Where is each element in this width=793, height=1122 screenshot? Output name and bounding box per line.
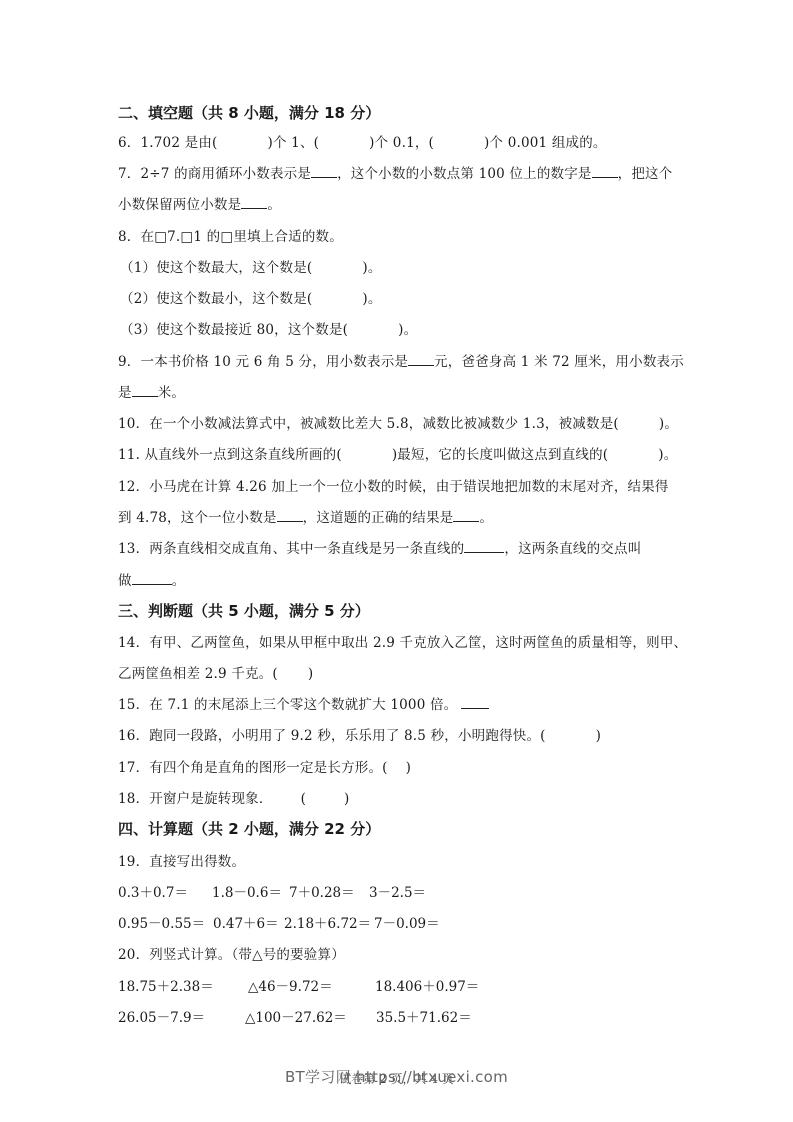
q8-p2-text: （2）使这个数最小，这个数是( [120,291,312,307]
q9-text-a: 9．一本书价格 10 元 6 角 5 分，用小数表示是 [118,354,408,370]
q8-p3-text: （3）使这个数最接近 80，这个数是( [120,322,348,338]
q19-expr: 1.8－0.6＝ [212,884,282,902]
q12-text-c: ，这道题的正确的结果是 [303,510,454,526]
q10-text-a: 10．在一个小数减法算式中，被减数比差大 5.8，减数比被减数少 1.3，被减数… [118,416,619,432]
section-heading-fill-blank: 二、填空题（共 8 小题，满分 18 分） [118,103,380,123]
q20-expr: 26.05－7.9＝ [118,1009,205,1027]
q7-text-d: 小数保留两位小数是 [118,197,241,213]
q19-expr: 7－0.09＝ [374,915,440,933]
q6-text-c: )个 0.1，( [369,135,434,151]
q8-p3-end: )。 [398,322,417,338]
q15-text: 15．在 7.1 的末尾添上三个零这个数就扩大 1000 倍。 [118,697,457,713]
question-19: 19．直接写出得数。 [118,853,245,871]
q13-text-c: 做 [118,573,132,589]
q16-text-b: ) [596,728,601,744]
watermark: BT学习网 https://btxuexi.com [0,1066,793,1087]
question-20: 20．列竖式计算。（带△号的要验算） [118,946,345,964]
q19-expr: 0.47＋6＝ [213,915,279,933]
answer-blank[interactable] [464,540,504,553]
question-14: 14．有甲、乙两筐鱼，如果从甲框中取出 2.9 千克放入乙筐，这时两筐鱼的质量相… [118,634,687,652]
answer-blank[interactable] [241,196,267,209]
q11-text-a: 11. 从直线外一点到这条直线所画的( [118,447,342,463]
question-7-cont: 小数保留两位小数是。 [118,196,281,214]
answer-blank[interactable] [453,509,479,522]
q18-text-b: ( [301,791,306,807]
q7-text-e: 。 [267,197,281,213]
q9-text-c: 是 [118,385,132,401]
q20-row-2: 26.05－7.9＝ △100－27.62＝ 35.5＋71.62＝ [118,1009,718,1027]
q6-text-d: )个 0.001 组成的。 [484,135,607,151]
q20-expr: 35.5＋71.62＝ [376,1009,472,1027]
q13-text-a: 13．两条直线相交成直角、其中一条直线是另一条直线的 [118,541,464,557]
q14-text-b: 乙两筐鱼相差 2.9 千克。( [118,666,278,682]
answer-blank[interactable] [132,384,158,397]
q9-text-b: 元，爸爸身高 1 米 72 厘米，用小数表示 [434,354,684,370]
question-8-part-3: （3）使这个数最接近 80，这个数是()。 [120,321,417,339]
question-12-cont: 到 4.78，这个一位小数是，这道题的正确的结果是。 [118,509,493,527]
answer-blank[interactable] [461,696,489,709]
question-11: 11. 从直线外一点到这条直线所画的()最短，它的长度叫做这点到直线的()。 [118,446,677,464]
question-9-cont: 是米。 [118,384,185,402]
q6-text-a: 6．1.702 是由( [118,135,218,151]
question-10: 10．在一个小数减法算式中，被减数比差大 5.8，减数比被减数少 1.3，被减数… [118,415,678,433]
answer-blank[interactable] [132,572,172,585]
q18-text-c: ) [344,791,349,807]
q13-text-b: ，这两条直线的交点叫 [504,541,641,557]
q7-text-b: ，这个小数的小数点第 100 位上的数字是 [337,166,592,182]
question-16: 16．跑同一段路，小明用了 9.2 秒，乐乐用了 8.5 秒，小明跑得快。() [118,727,601,745]
q14-text-c: ) [308,666,313,682]
question-8: 8．在□7.□1 的□里填上合适的数。 [118,228,343,246]
q8-p1-end: )。 [362,260,381,276]
question-12: 12．小马虎在计算 4.26 加上一个一位小数的时候，由于错误地把加数的末尾对齐… [118,478,669,496]
q19-expr: 0.3＋0.7＝ [118,884,188,902]
q17-text-a: 17．有四个角是直角的图形一定是长方形。( [118,760,388,776]
q9-text-d: 米。 [158,385,185,401]
q7-text-c: ，把这个 [618,166,673,182]
q10-text-b: )。 [659,416,678,432]
q20-expr: △100－27.62＝ [245,1009,347,1027]
q17-text-b: ) [406,760,411,776]
q20-expr: 18.75＋2.38＝ [118,978,214,996]
question-8-part-1: （1）使这个数最大，这个数是()。 [120,259,382,277]
question-17: 17．有四个角是直角的图形一定是长方形。() [118,759,411,777]
q20-expr: 18.406＋0.97＝ [375,978,479,996]
q13-text-d: 。 [172,573,186,589]
q19-row-2: 0.95－0.55＝ 0.47＋6＝ 2.18＋6.72＝ 7－0.09＝ [118,915,718,933]
q11-text-c: )。 [658,447,677,463]
question-15: 15．在 7.1 的末尾添上三个零这个数就扩大 1000 倍。 [118,696,489,714]
question-9: 9．一本书价格 10 元 6 角 5 分，用小数表示是元，爸爸身高 1 米 72… [118,353,684,371]
exam-page: 二、填空题（共 8 小题，满分 18 分） 6．1.702 是由()个 1、()… [0,0,793,1122]
q7-text-a: 7．2÷7 的商用循环小数表示是 [118,166,311,182]
question-6: 6．1.702 是由()个 1、()个 0.1，()个 0.001 组成的。 [118,134,607,152]
answer-blank[interactable] [592,165,618,178]
q19-expr: 2.18＋6.72＝ [284,915,371,933]
section-heading-judge: 三、判断题（共 5 小题，满分 5 分） [118,601,370,621]
q8-p2-end: )。 [362,291,381,307]
answer-blank[interactable] [311,165,337,178]
q6-text-b: )个 1、( [268,135,320,151]
q12-text-d: 。 [479,510,493,526]
q12-text-b: 到 4.78，这个一位小数是 [118,510,277,526]
q16-text-a: 16．跑同一段路，小明用了 9.2 秒，乐乐用了 8.5 秒，小明跑得快。( [118,728,546,744]
q18-text-a: 18．开窗户是旋转现象． [118,791,273,807]
question-14-cont: 乙两筐鱼相差 2.9 千克。() [118,665,313,683]
q19-expr: 0.95－0.55＝ [118,915,205,933]
question-7: 7．2÷7 的商用循环小数表示是，这个小数的小数点第 100 位上的数字是，把这… [118,165,672,183]
q19-expr: 7＋0.28＝ [289,884,355,902]
q11-text-b: )最短，它的长度叫做这点到直线的( [392,447,608,463]
q8-p1-text: （1）使这个数最大，这个数是( [120,260,312,276]
question-13: 13．两条直线相交成直角、其中一条直线是另一条直线的，这两条直线的交点叫 [118,540,641,558]
section-heading-calc: 四、计算题（共 2 小题，满分 22 分） [118,819,380,839]
q20-expr: △46－9.72＝ [248,978,333,996]
question-8-part-2: （2）使这个数最小，这个数是()。 [120,290,382,308]
q20-row-1: 18.75＋2.38＝ △46－9.72＝ 18.406＋0.97＝ [118,978,718,996]
answer-blank[interactable] [277,509,303,522]
answer-blank[interactable] [408,353,434,366]
question-18: 18．开窗户是旋转现象．() [118,790,350,808]
q19-row-1: 0.3＋0.7＝ 1.8－0.6＝ 7＋0.28＝ 3－2.5＝ [118,884,718,902]
question-13-cont: 做。 [118,572,185,590]
q19-expr: 3－2.5＝ [369,884,426,902]
